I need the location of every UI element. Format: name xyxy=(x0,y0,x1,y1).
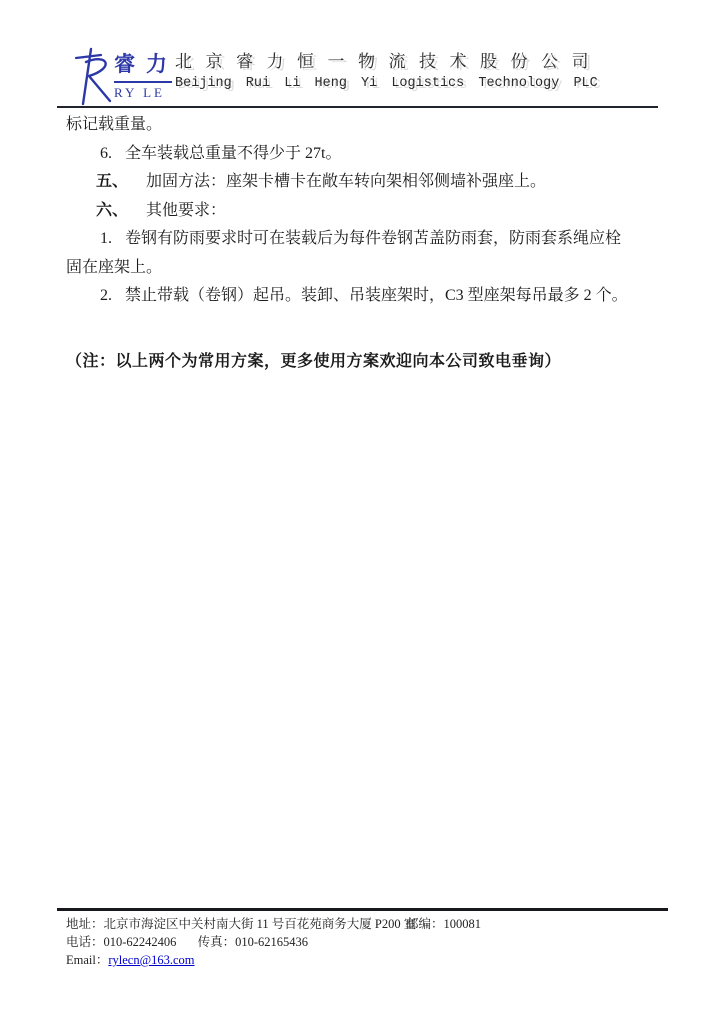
postal-group: 邮编：100081 xyxy=(406,915,481,933)
logo-divider xyxy=(114,81,172,83)
footer-divider xyxy=(57,908,668,911)
logo-r-icon xyxy=(70,46,116,106)
list-item-6: 6.全车装载总重量不得少于 27t。 xyxy=(66,140,660,169)
list-item-2: 2.禁止带载（卷钢）起吊。装卸、吊装座架时，C3 型座架每吊最多 2 个。 xyxy=(66,282,660,311)
item-text: 卷钢有防雨要求时可在装载后为每件卷钢苫盖防雨套，防雨套系绳应栓 xyxy=(125,230,621,247)
list-item-1: 1.卷钢有防雨要求时可在装载后为每件卷钢苫盖防雨套，防雨套系绳应栓 xyxy=(66,225,660,254)
postal-value: 100081 xyxy=(444,917,482,931)
item-number: 2. xyxy=(100,287,112,304)
item-number: 6. xyxy=(100,145,112,162)
section-text: 其他要求： xyxy=(146,202,226,219)
footer-email-row: Email：rylecn@163.com xyxy=(66,951,666,969)
document-footer: 地址：北京市海淀区中关村南大街 11 号百花苑商务大厦 P200 室 邮编：10… xyxy=(66,915,666,969)
fax-label: 传真： xyxy=(198,935,236,949)
list-item-1-continued: 固在座架上。 xyxy=(66,254,660,283)
company-name-en: Beijing Rui Li Heng Yi Logistics Technol… xyxy=(175,76,615,91)
address-label: 地址： xyxy=(66,917,104,931)
email-label: Email： xyxy=(66,953,108,967)
item-text: 禁止带载（卷钢）起吊。装卸、吊装座架时，C3 型座架每吊最多 2 个。 xyxy=(125,287,628,304)
document-body: 标记载重量。 6.全车装载总重量不得少于 27t。 五、加固方法：座架卡槽卡在敞… xyxy=(66,111,660,376)
company-logo: 睿力 RY LE xyxy=(70,44,174,106)
note-line: （注：以上两个为常用方案，更多使用方案欢迎向本公司致电垂询） xyxy=(66,348,660,377)
section-text: 加固方法：座架卡槽卡在敞车转向架相邻侧墙补强座上。 xyxy=(146,173,546,190)
item-number: 1. xyxy=(100,230,112,247)
section-number: 五、 xyxy=(96,173,128,190)
document-page: 睿力 RY LE 北京睿力恒一物流技术股份公司 Beijing Rui Li H… xyxy=(0,0,725,1024)
footer-phone-row: 电话：010-62242406 传真：010-62165436 xyxy=(66,933,666,951)
item-text: 固在座架上。 xyxy=(66,259,162,276)
phone-value: 010-62242406 xyxy=(104,935,177,949)
section-6: 六、其他要求： xyxy=(66,197,660,226)
note-text: （注：以上两个为常用方案，更多使用方案欢迎向本公司致电垂询） xyxy=(66,353,561,370)
carryover-text: 标记载重量。 xyxy=(66,116,162,133)
address-value: 北京市海淀区中关村南大街 11 号百花苑商务大厦 P200 室 xyxy=(104,917,417,931)
company-name-cn: 北京睿力恒一物流技术股份公司 xyxy=(175,47,615,72)
logo-en-label: RY LE xyxy=(114,85,178,101)
item-text: 全车装载总重量不得少于 27t。 xyxy=(125,145,341,162)
header-divider xyxy=(57,106,658,108)
section-5: 五、加固方法：座架卡槽卡在敞车转向架相邻侧墙补强座上。 xyxy=(66,168,660,197)
footer-address-row: 地址：北京市海淀区中关村南大街 11 号百花苑商务大厦 P200 室 邮编：10… xyxy=(66,915,666,933)
company-name-block: 北京睿力恒一物流技术股份公司 Beijing Rui Li Heng Yi Lo… xyxy=(175,47,615,91)
logo-cn-label: 睿力 xyxy=(114,48,178,78)
section-number: 六、 xyxy=(96,202,128,219)
paragraph-carryover: 标记载重量。 xyxy=(66,111,660,140)
logo-text: 睿力 RY LE xyxy=(114,48,178,101)
postal-label: 邮编： xyxy=(406,917,444,931)
phone-label: 电话： xyxy=(66,935,104,949)
fax-value: 010-62165436 xyxy=(235,935,308,949)
fax-group: 传真：010-62165436 xyxy=(198,935,308,949)
email-link[interactable]: rylecn@163.com xyxy=(108,953,194,967)
